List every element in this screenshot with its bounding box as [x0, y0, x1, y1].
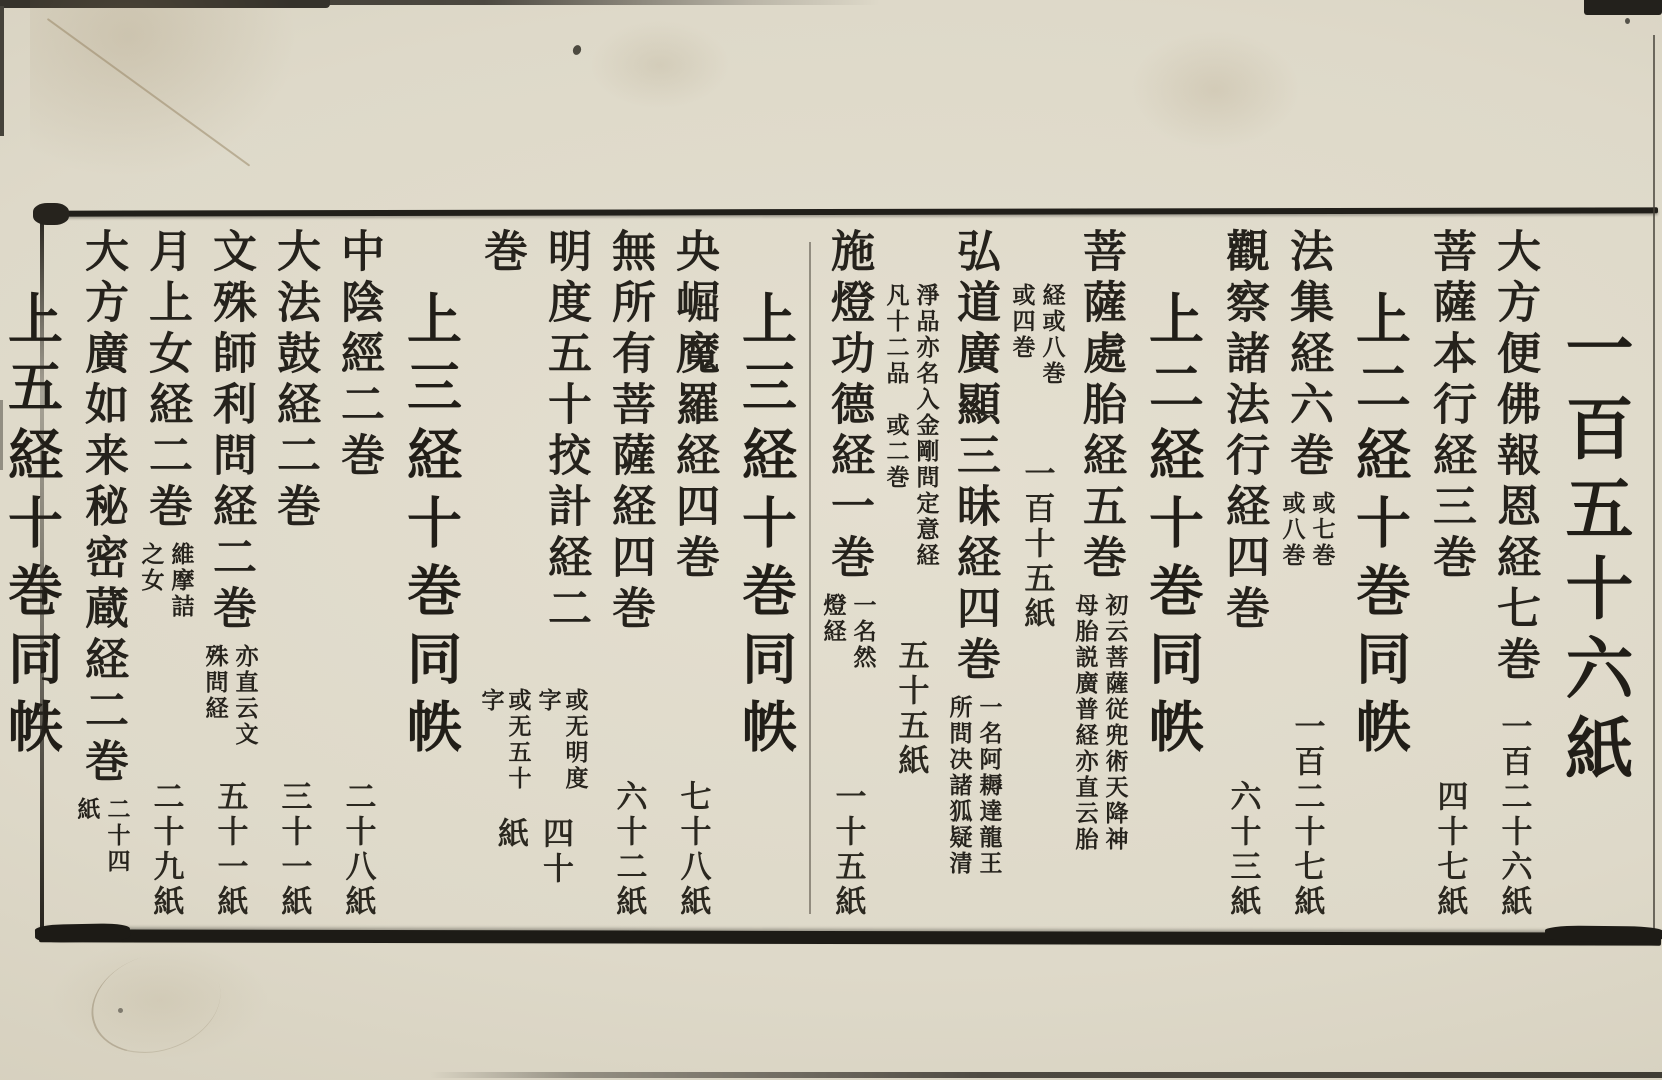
- page-count: 七十八紙: [671, 780, 716, 920]
- fascicle-note: 上五経十巻同帙: [0, 290, 70, 766]
- paper-stain: [1130, 30, 1300, 150]
- note-subcolumn: 或四巻: [1009, 283, 1036, 387]
- note-subcolumn: 一名然: [850, 593, 877, 671]
- page-count: 一百五十六紙: [1546, 313, 1643, 793]
- scan-left-edge-mark: [0, 6, 4, 136]
- ink-speck: [118, 1008, 123, 1013]
- note-subcolumn: 初云菩薩従兜術天降神: [1102, 593, 1129, 853]
- fascicle-note: 上三経十巻同帙: [390, 290, 469, 766]
- sutra-entry-column: 施燈功德経一巻一名然燈経一十五紙: [816, 228, 880, 928]
- sutra-entry-column: 月上女経二巻維摩詰之女二十九紙: [134, 228, 198, 928]
- sutra-entry-column: 央崛魔羅経四巻七十八紙: [661, 228, 725, 928]
- sutra-entry-column: 明度五十挍計経二巻或无明度字或无五十字四十紙: [469, 228, 597, 928]
- small-page-count: 二十四紙: [74, 797, 131, 875]
- sutra-title: 菩薩本行経三巻: [1418, 228, 1482, 585]
- sutra-title: 法集経六巻: [1275, 228, 1339, 483]
- scan-top-right-corner-mark: [1584, 0, 1662, 15]
- page-count: 二十八紙: [336, 780, 381, 920]
- fascicle-grouping-column: 上五経十巻同帙: [0, 228, 70, 928]
- ink-speck: [1625, 18, 1630, 24]
- fascicle-note: 上三経十巻同帙: [725, 290, 804, 766]
- interlinear-note: 経或八巻或四巻: [1009, 283, 1066, 387]
- page-count: 五十五紙: [889, 639, 934, 779]
- note-subcolumn: 経或八巻: [1039, 283, 1066, 387]
- note-subcolumn: 或八巻: [1279, 491, 1306, 569]
- ink-speck: [572, 44, 583, 56]
- page-count: 二十九紙: [144, 780, 189, 920]
- sutra-entry-column: 法集経六巻或七巻或八巻一百二十七紙: [1275, 228, 1339, 928]
- note-subcolumn: 凡十二品 或二巻: [883, 283, 910, 569]
- sutra-title: 弘道廣顯三昧経四巻: [942, 228, 1006, 687]
- frame-corner-smudge: [1545, 925, 1662, 942]
- interlinear-note: 一名阿耨達龍王所問决諸狐疑清: [946, 695, 1003, 877]
- interlinear-note: 或无明度字或无五十字: [478, 688, 589, 816]
- sutra-title: 觀察諸法行経四巻: [1211, 228, 1275, 636]
- paper-stain: [30, 0, 310, 190]
- interlinear-note: 一名然燈経: [820, 593, 877, 671]
- sutra-entry-column: 菩薩處胎経五巻初云菩薩従兜術天降神母胎説廣普経亦直云胎: [1068, 228, 1132, 928]
- note-subcolumn: 之女: [138, 542, 165, 620]
- paper-stain: [590, 20, 730, 110]
- entry-continuation-column: 淨品亦名入金剛問定意経凡十二品 或二巻五十五紙: [880, 228, 942, 928]
- note-subcolumn: 或无明度字: [535, 688, 589, 816]
- scan-bottom-edge-shadow: [430, 1072, 1662, 1078]
- note-subcolumn: 維摩詰: [168, 542, 195, 620]
- scanned-catalog-page: { "colors": { "paper": "#ded9ca", "ink":…: [0, 0, 1662, 1080]
- page-count: 一百二十七紙: [1285, 710, 1330, 920]
- page-count: 一百十五紙: [1015, 457, 1060, 632]
- sutra-title: 央崛魔羅経四巻: [661, 228, 725, 585]
- page-count-subcolumn: 二十四: [104, 797, 131, 875]
- frame-border-bottom: [39, 929, 1661, 945]
- text-frame: 一百五十六紙大方便佛報恩経七巻一百二十六紙菩薩本行経三巻四十七紙上二経十巻同帙法…: [45, 212, 1655, 938]
- note-subcolumn: 母胎説廣普経亦直云胎: [1072, 593, 1099, 853]
- sutra-entry-column: 弘道廣顯三昧経四巻一名阿耨達龍王所問决諸狐疑清: [942, 228, 1006, 928]
- paper-crease: [47, 18, 250, 167]
- fascicle-note: 上二経十巻同帙: [1339, 290, 1418, 766]
- page-count: 六十三紙: [1221, 780, 1266, 920]
- fascicle-grouping-column: 上三経十巻同帙: [390, 228, 469, 928]
- sutra-title: 中陰經二巻: [326, 228, 390, 483]
- sutra-entry-column: 大方廣如来秘密蔵経二巻二十四紙: [70, 228, 134, 928]
- sutra-title: 文殊師利問経二巻: [198, 228, 262, 636]
- fascicle-grouping-column: 上三経十巻同帙: [725, 228, 804, 928]
- frame-border-right: [1653, 35, 1655, 938]
- note-subcolumn: 燈経: [820, 593, 847, 671]
- scan-top-edge-shadow: [0, 0, 880, 5]
- interlinear-note: 淨品亦名入金剛問定意経凡十二品 或二巻: [883, 283, 940, 569]
- page-count: 一百二十六紙: [1492, 710, 1537, 920]
- note-subcolumn: 殊問経: [202, 644, 229, 748]
- note-subcolumn: 或无五十字: [478, 688, 532, 816]
- carryover-page-count-column: 一百五十六紙: [1546, 228, 1643, 928]
- sutra-title: 月上女経二巻: [134, 228, 198, 534]
- note-subcolumn: 亦直云文: [232, 644, 259, 748]
- sutra-title: 大方廣如来秘密蔵経二巻: [70, 228, 134, 789]
- sutra-entry-column: 中陰經二巻二十八紙: [326, 228, 390, 928]
- page-count: 一十五紙: [826, 780, 871, 920]
- fascicle-grouping-column: 上二経十巻同帙: [1339, 228, 1418, 928]
- sutra-title: 大法鼓経二巻: [262, 228, 326, 534]
- sutra-title: 大方便佛報恩経七巻: [1482, 228, 1546, 687]
- interlinear-note: 初云菩薩従兜術天降神母胎説廣普経亦直云胎: [1072, 593, 1129, 853]
- interlinear-note: 或七巻或八巻: [1279, 491, 1336, 569]
- sutra-entry-column: 文殊師利問経二巻亦直云文殊問経五十一紙: [198, 228, 262, 928]
- sutra-entry-column: 觀察諸法行経四巻六十三紙: [1211, 228, 1275, 928]
- page-count-subcolumn: 紙: [74, 797, 101, 875]
- page-count: 四十紙: [488, 817, 578, 920]
- entry-continuation-column: 経或八巻或四巻一百十五紙: [1006, 228, 1068, 928]
- scan-top-edge-dark-strip: [0, 0, 330, 8]
- interlinear-note: 維摩詰之女: [138, 542, 195, 620]
- sutra-entry-column: 無所有菩薩経四巻六十二紙: [597, 228, 661, 928]
- note-subcolumn: 一名阿耨達龍王: [976, 695, 1003, 877]
- page-count: 五十一紙: [208, 780, 253, 920]
- frame-corner-smudge: [33, 203, 69, 225]
- note-subcolumn: 淨品亦名入金剛問定意経: [913, 283, 940, 569]
- sutra-entry-column: 大方便佛報恩経七巻一百二十六紙: [1482, 228, 1546, 928]
- paper-crease: [78, 937, 233, 1069]
- sutra-title: 明度五十挍計経二巻: [469, 228, 597, 680]
- page-count: 四十七紙: [1428, 780, 1473, 920]
- fascicle-grouping-column: 上二経十巻同帙: [1132, 228, 1211, 928]
- sutra-entry-column: 大法鼓経二巻三十一紙: [262, 228, 326, 928]
- sutra-title: 無所有菩薩経四巻: [597, 228, 661, 636]
- sutra-title: 菩薩處胎経五巻: [1068, 228, 1132, 585]
- frame-border-top: [41, 207, 1658, 216]
- page-count: 三十一紙: [272, 780, 317, 920]
- interlinear-note: 亦直云文殊問経: [202, 644, 259, 748]
- paper-stain: [50, 940, 270, 1060]
- fascicle-note: 上二経十巻同帙: [1132, 290, 1211, 766]
- note-subcolumn: 或七巻: [1309, 491, 1336, 569]
- page-count: 六十二紙: [607, 780, 652, 920]
- page-fold-divider-line: [809, 242, 811, 914]
- sutra-entry-column: 菩薩本行経三巻四十七紙: [1418, 228, 1482, 928]
- note-subcolumn: 所問决諸狐疑清: [946, 695, 973, 877]
- sutra-title: 施燈功德経一巻: [816, 228, 880, 585]
